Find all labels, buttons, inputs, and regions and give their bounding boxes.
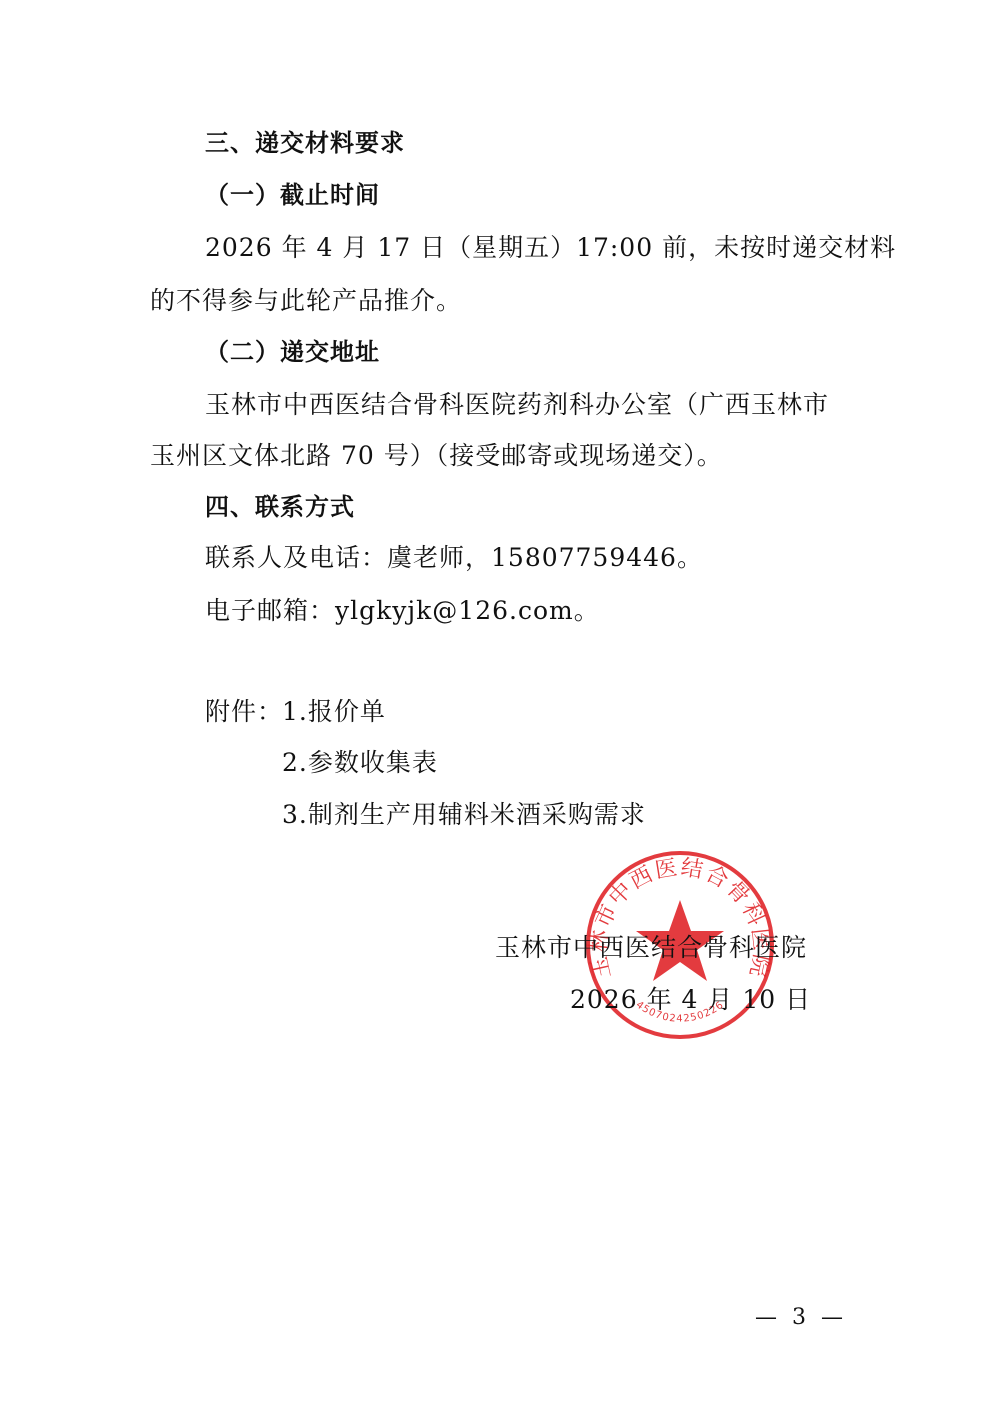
subsection-deadline-heading: （一）截止时间: [205, 180, 380, 210]
section-3-heading: 三、递交材料要求: [205, 128, 405, 158]
section-4-heading: 四、联系方式: [205, 492, 355, 522]
attachment-item: 1.报价单: [282, 697, 386, 727]
page-number: — 3 —: [755, 1305, 847, 1330]
signature-date: 2026 年 4 月 10 日: [570, 985, 811, 1015]
address-text-line2: 玉州区文体北路 70 号）（接受邮寄或现场递交）。: [150, 441, 723, 471]
deadline-text-line2: 的不得参与此轮产品推介。: [150, 286, 462, 316]
attachment-item: 3.制剂生产用辅料米酒采购需求: [282, 800, 646, 830]
attachments-label: 附件：: [205, 697, 283, 727]
signature-organization: 玉林市中西医结合骨科医院: [495, 933, 807, 963]
attachment-item: 2.参数收集表: [282, 748, 438, 778]
address-text-line1: 玉林市中西医结合骨科医院药剂科办公室（广西玉林市: [205, 390, 829, 420]
contact-person-phone: 联系人及电话：虞老师，15807759446。: [205, 543, 703, 573]
contact-email: 电子邮箱：ylgkyjk@126.com。: [205, 596, 600, 626]
subsection-address-heading: （二）递交地址: [205, 337, 380, 367]
deadline-text-line1: 2026 年 4 月 17 日（星期五）17:00 前，未按时递交材料: [205, 233, 896, 263]
